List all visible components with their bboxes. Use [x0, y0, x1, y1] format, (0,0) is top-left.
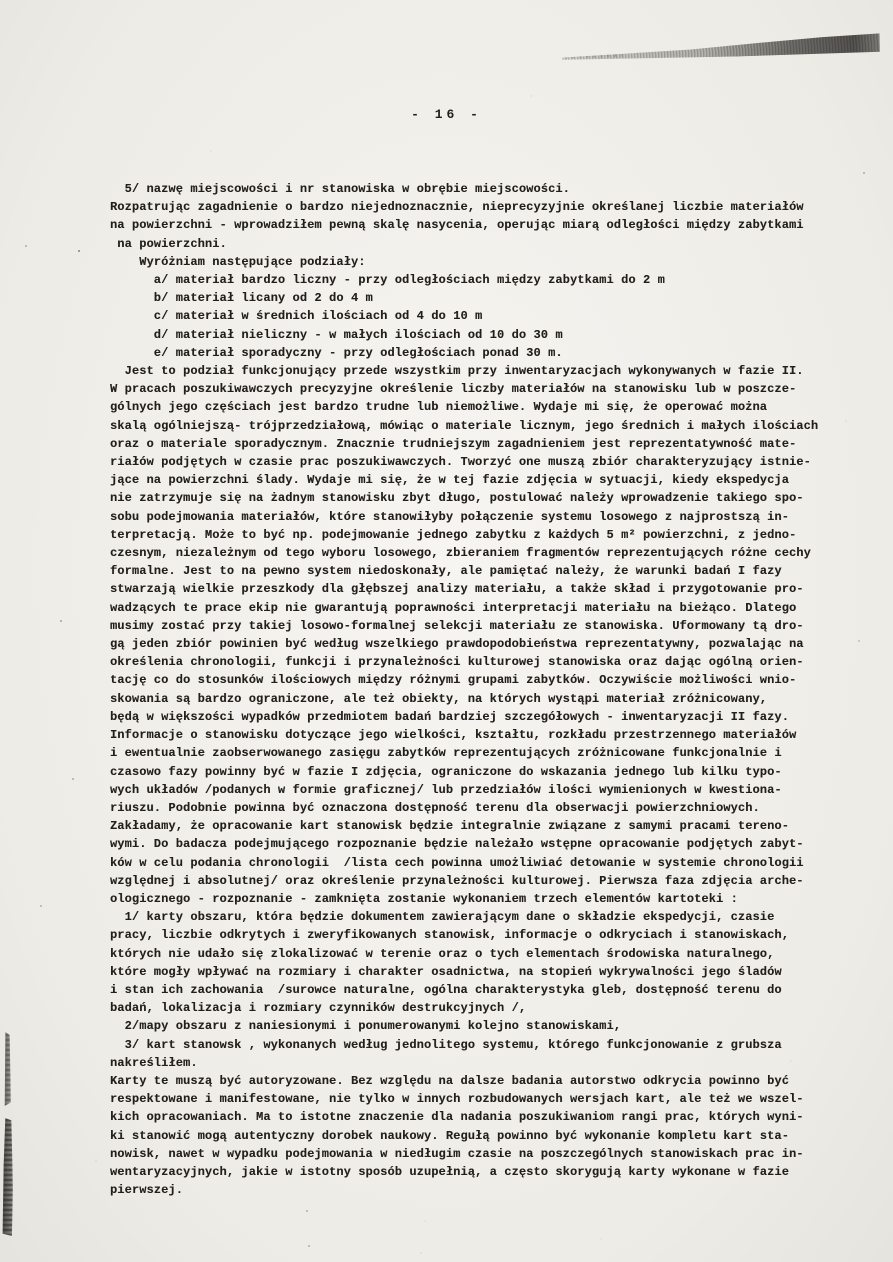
text-line: d/ materiał nieliczny - w małych ilościa… — [110, 326, 870, 344]
text-line: riuszu. Podobnie powinna być oznaczona d… — [110, 799, 870, 817]
scan-smudge-top-right — [562, 32, 880, 63]
text-line: terpretacją. Może to być np. podejmowani… — [110, 526, 870, 544]
scan-speck — [0, 0, 2, 2]
text-line: na powierzchni. — [110, 235, 870, 253]
text-line: 2/mapy obszaru z naniesionymi i ponumero… — [110, 1017, 870, 1035]
text-line: kich opracowaniach. Ma to istotne znacze… — [110, 1108, 870, 1126]
text-line: nowisk, nawet w wypadku podejmowania w n… — [110, 1145, 870, 1163]
text-line: Karty te muszą być autoryzowane. Bez wzg… — [110, 1072, 870, 1090]
text-line: będą w większości wypadków przedmiotem b… — [110, 708, 870, 726]
text-line: badań, lokalizacja i rozmiary czynników … — [110, 999, 870, 1017]
text-line: e/ materiał sporadyczny - przy odległośc… — [110, 344, 870, 362]
page-body: 5/ nazwę miejscowości i nr stanowiska w … — [110, 180, 870, 1199]
text-line: wymi. Do badacza podejmującego rozpoznan… — [110, 835, 870, 853]
text-line: Rozpatrując zagadnienie o bardzo niejedn… — [110, 198, 870, 216]
text-line: gólnych jego częściach jest bardzo trudn… — [110, 398, 870, 416]
text-line: 1/ karty obszaru, która będzie dokumente… — [110, 908, 870, 926]
text-line: 3/ kart stanowsk , wykonanych według jed… — [110, 1036, 870, 1054]
text-line: i ewentualnie zaobserwowanego zasięgu za… — [110, 744, 870, 762]
text-line: jące na powierzchni ślady. Wydaje mi się… — [110, 471, 870, 489]
text-line: Informacje o stanowisku dotyczące jego w… — [110, 726, 870, 744]
text-line: musimy zostać przy takiej losowo-formaln… — [110, 617, 870, 635]
text-line: względnej i absolutnej/ oraz określenie … — [110, 872, 870, 890]
text-line: wadzących te prace ekip nie gwarantują p… — [110, 599, 870, 617]
text-line: Zakładamy, że opracowanie kart stanowisk… — [110, 817, 870, 835]
text-line: czesnym, niezależnym od tego wyboru loso… — [110, 544, 870, 562]
text-line: oraz o materiale sporadycznym. Znacznie … — [110, 435, 870, 453]
text-line: a/ materiał bardzo liczny - przy odległo… — [110, 271, 870, 289]
text-line: W pracach poszukiwawczych precyzyjne okr… — [110, 380, 870, 398]
page-number: - 16 - — [0, 107, 893, 122]
text-line: formalne. Jest to na pewno system niedos… — [110, 562, 870, 580]
text-line: 5/ nazwę miejscowości i nr stanowiska w … — [110, 180, 870, 198]
text-line: pierwszej. — [110, 1181, 870, 1199]
text-line: nakreśliłem. — [110, 1054, 870, 1072]
text-line: skalą ogólniejszą- trójprzedziałową, mów… — [110, 417, 870, 435]
text-line: określenia chronologii, funkcji i przyna… — [110, 653, 870, 671]
text-line: ologicznego - rozpoznanie - zamknięta zo… — [110, 890, 870, 908]
text-line: tację co do stosunków ilościowych między… — [110, 671, 870, 689]
document-page: - 16 - 5/ nazwę miejscowości i nr stanow… — [0, 0, 893, 1262]
text-line: Jest to podział funkcjonujący przede wsz… — [110, 362, 870, 380]
text-line: pracy, liczbie odkrytych i zweryfikowany… — [110, 926, 870, 944]
text-line: b/ materiał licany od 2 do 4 m — [110, 289, 870, 307]
text-line: ków w celu podania chronologii /lista ce… — [110, 854, 870, 872]
text-line: czasowo fazy powinny być w fazie I zdjęc… — [110, 763, 870, 781]
text-line: stwarzają wielkie przeszkody dla głębsze… — [110, 580, 870, 598]
scan-smudge-left-edge-lower — [2, 1118, 13, 1236]
text-line: których nie udało się zlokalizować w ter… — [110, 945, 870, 963]
text-line: Wyróżniam następujące podziały: — [110, 253, 870, 271]
text-line: skowania są bardzo ograniczone, ale też … — [110, 690, 870, 708]
text-line: wych układów /podanych w formie graficzn… — [110, 781, 870, 799]
text-line: wentaryzacyjnych, jakie w istotny sposób… — [110, 1163, 870, 1181]
text-line: sobu podejmowania materiałów, które stan… — [110, 508, 870, 526]
text-line: ki stanowić mogą autentyczny dorobek nau… — [110, 1127, 870, 1145]
text-line: które mogły wpływać na rozmiary i charak… — [110, 963, 870, 981]
text-line: i stan ich zachowania /surowce naturalne… — [110, 981, 870, 999]
text-line: na powierzchni - wprowadziłem pewną skal… — [110, 216, 870, 234]
text-line: gą jeden zbiór powinien być według wszel… — [110, 635, 870, 653]
text-line: riałów podjętych w czasie prac poszukiwa… — [110, 453, 870, 471]
text-line: respektowane i manifestowane, nie tylko … — [110, 1090, 870, 1108]
text-line: c/ materiał w średnich ilościach od 4 do… — [110, 307, 870, 325]
scan-smudge-left-edge-upper — [4, 1032, 11, 1106]
text-line: nie zatrzymuje się na żadnym stanowisku … — [110, 489, 870, 507]
